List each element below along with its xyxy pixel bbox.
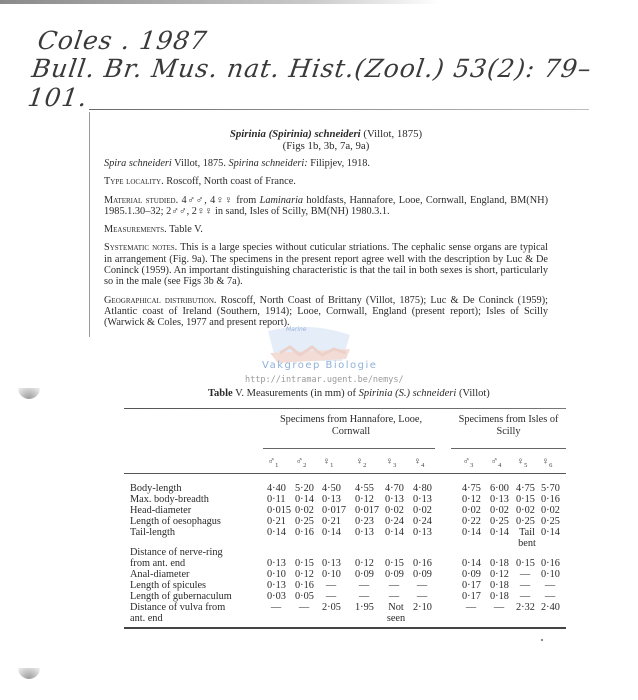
table-cell: 0·21: [322, 516, 352, 527]
table-cell: 0·10: [322, 569, 352, 580]
table-cell: 0·14: [322, 527, 352, 538]
table-cell: 0·017: [322, 505, 352, 516]
table-cell: —: [382, 591, 406, 602]
section-label: Type locality.: [104, 176, 164, 187]
table-cell: 0·13: [267, 580, 297, 591]
table-cell: 0·14: [267, 527, 297, 538]
table-cell: 0·15: [295, 558, 325, 569]
table-bottom-rule: [124, 627, 566, 629]
clipping-top-edge: [89, 109, 589, 110]
table-cell: 0·14: [295, 494, 325, 505]
table-cell: 0·10: [267, 569, 297, 580]
table-cell: 5·20: [295, 483, 325, 494]
table-cell: 0·13: [322, 494, 352, 505]
column-header: ♀3: [377, 456, 405, 469]
table-cell: 0·13: [355, 527, 385, 538]
table-cell: 0·14: [541, 527, 571, 538]
row-label: Tail-length: [130, 527, 270, 538]
section-label: Geographical distribution.: [104, 295, 217, 306]
table-cell: 0·02: [295, 505, 325, 516]
table-cell: 4·75: [462, 483, 492, 494]
table-cell: 0·12: [462, 494, 492, 505]
scan-edge-shadow: [0, 0, 440, 4]
column-header: ♀5: [508, 456, 536, 469]
scan-speck: [541, 639, 543, 641]
table-cell: 4·50: [322, 483, 352, 494]
systematic-notes: Systematic notes. This is a large specie…: [104, 242, 548, 287]
measurements: Measurements. Table V.: [104, 224, 548, 235]
column-header: ♂4: [482, 456, 510, 469]
material-studied: Material studied. 4♂♂, 4♀♀ from Laminari…: [104, 195, 548, 218]
column-header: ♀4: [405, 456, 433, 469]
table-cell: 0·09: [355, 569, 385, 580]
species-authority: (Villot, 1875): [361, 128, 422, 140]
table-cell: 5·70: [541, 483, 571, 494]
table-cell: —: [459, 602, 483, 613]
table-cell: 0·24: [385, 516, 415, 527]
table-cell: 4·55: [355, 483, 385, 494]
table-cell: 0·10: [541, 569, 571, 580]
table-cell: 0·13: [413, 494, 443, 505]
table-top-rule: [124, 408, 566, 409]
row-label: Max. body-breadth: [130, 494, 270, 505]
row-label: Head-diameter: [130, 505, 270, 516]
table-cell: 0·09: [413, 569, 443, 580]
table-cell: 0·017: [355, 505, 385, 516]
table-cell: 0·25: [295, 516, 325, 527]
table-cell: 0·015: [267, 505, 297, 516]
table-cell: 1·95: [355, 602, 385, 613]
table-cell: 0·02: [413, 505, 443, 516]
table-cell: 0·09: [385, 569, 415, 580]
table-cell: 0·24: [413, 516, 443, 527]
synonym-name: Spirina schneideri:: [228, 158, 307, 169]
table-cell: —: [352, 580, 376, 591]
group-header-hannafore: Specimens from Hannafore, Looe, Cornwall: [265, 414, 437, 438]
table-cell: 0·14: [462, 558, 492, 569]
handwritten-author-year: Coles . 1987: [36, 26, 209, 55]
row-label: Length of gubernaculum: [130, 591, 270, 602]
genus-name: Laminaria: [260, 195, 304, 206]
table-cell: 2·05: [322, 602, 352, 613]
watermark-text: Vakgroep Biologie: [262, 360, 377, 371]
header-bottom-rule: [124, 473, 566, 474]
table-label: Table: [208, 388, 233, 399]
table-cell: 0·21: [267, 516, 297, 527]
species-name: Spirinia (Spirinia) schneideri: [230, 128, 361, 140]
table-cell: 0·22: [462, 516, 492, 527]
table-cell: 0·11: [267, 494, 297, 505]
row-label: Length of oesophagus: [130, 516, 270, 527]
table-cell: 0·09: [462, 569, 492, 580]
table-cell: 4·80: [413, 483, 443, 494]
table-cell: 4·70: [385, 483, 415, 494]
table-cell: Tail bent: [514, 527, 540, 549]
figure-references: (Figs 1b, 3b, 7a, 9a): [283, 140, 370, 152]
table-cell: 0·13: [267, 558, 297, 569]
synonym-name: Spira schneideri: [104, 158, 172, 169]
row-label: Distance of nerve-ring from ant. end: [130, 547, 240, 569]
table-cell: —: [352, 591, 376, 602]
table-cell: —: [513, 580, 537, 591]
table-cell: 2·10: [413, 602, 443, 613]
table-cell: —: [319, 591, 343, 602]
group-header-scilly: Specimens from Isles of Scilly: [451, 414, 566, 438]
table-cell: 0·12: [355, 494, 385, 505]
table-cell: 0·12: [295, 569, 325, 580]
punch-hole-icon: [18, 388, 40, 399]
table-cell: —: [538, 580, 562, 591]
table-cell: —: [513, 591, 537, 602]
table-cell: 0·16: [541, 494, 571, 505]
watermark-url: http://intramar.ugent.be/nemys/: [245, 375, 404, 385]
table-cell: —: [487, 602, 511, 613]
table-cell: 0·03: [267, 591, 297, 602]
row-label: Distance of vulva from ant. end: [130, 602, 240, 624]
table-cell: 0·16: [541, 558, 571, 569]
row-label: Anal-diameter: [130, 569, 270, 580]
column-header: ♂3: [454, 456, 482, 469]
table-cell: 0·23: [355, 516, 385, 527]
synonym-authority: Villot, 1875.: [172, 158, 229, 169]
table-cell: 2·40: [541, 602, 571, 613]
type-locality: Type locality. Roscoff, North coast of F…: [104, 176, 548, 187]
table-cell: —: [264, 602, 288, 613]
table-cell: 0·14: [385, 527, 415, 538]
column-header: ♀6: [533, 456, 561, 469]
table-cell: —: [292, 602, 316, 613]
handwritten-citation: Bull. Br. Mus. nat. Hist.(Zool.) 53(2): …: [26, 54, 638, 112]
section-label: Measurements.: [104, 224, 167, 235]
table-cell: 0·13: [322, 558, 352, 569]
table-caption: Table V. Measurements (in mm) of Spirini…: [208, 388, 490, 399]
row-label: Body-length: [130, 483, 270, 494]
table-cell: 0·12: [355, 558, 385, 569]
section-text: 4♂♂, 4♀♀ from: [178, 195, 259, 206]
caption-text: (Villot): [456, 388, 490, 399]
table-cell: 0·13: [413, 527, 443, 538]
table-cell: 0·17: [462, 591, 492, 602]
punch-hole-icon: [18, 668, 40, 679]
synonymy: Spira schneideri Villot, 1875. Spirina s…: [104, 158, 548, 169]
table-cell: 0·16: [413, 558, 443, 569]
section-text: Roscoff, North coast of France.: [164, 176, 296, 187]
table-cell: 0·14: [462, 527, 492, 538]
group-rule: [263, 448, 435, 449]
species-account: Spirinia (Spirinia) schneideri (Villot, …: [104, 128, 548, 329]
group-rule: [451, 448, 566, 449]
section-label: Systematic notes.: [104, 242, 177, 253]
species-heading: Spirinia (Spirinia) schneideri (Villot, …: [104, 128, 548, 152]
table-cell: —: [538, 591, 562, 602]
table-cell: Not seen: [383, 602, 409, 624]
synonym-authority: Filipjev, 1918.: [308, 158, 370, 169]
caption-species: Spirinia (S.) schneideri: [359, 388, 457, 399]
column-header: ♂1: [259, 456, 287, 469]
table-cell: —: [513, 569, 537, 580]
table-cell: 0·02: [462, 505, 492, 516]
table-cell: —: [410, 591, 434, 602]
caption-text: V. Measurements (in mm) of: [233, 388, 359, 399]
column-header: ♂2: [287, 456, 315, 469]
section-label: Material studied.: [104, 195, 178, 206]
table-cell: —: [410, 580, 434, 591]
watermark-small-text: Marine: [286, 326, 306, 333]
table-cell: 4·40: [267, 483, 297, 494]
table-cell: 0·16: [295, 527, 325, 538]
table-cell: 0·02: [541, 505, 571, 516]
table-cell: 0·17: [462, 580, 492, 591]
row-label: Length of spicules: [130, 580, 270, 591]
clipping-left-edge: [89, 112, 90, 337]
section-text: Table V.: [167, 224, 203, 235]
table-cell: 0·13: [385, 494, 415, 505]
column-header: ♀1: [314, 456, 342, 469]
table-cell: 0·15: [385, 558, 415, 569]
table-cell: 0·02: [385, 505, 415, 516]
table-cell: —: [319, 580, 343, 591]
table-cell: 0·25: [541, 516, 571, 527]
column-header: ♀2: [347, 456, 375, 469]
table-cell: —: [382, 580, 406, 591]
